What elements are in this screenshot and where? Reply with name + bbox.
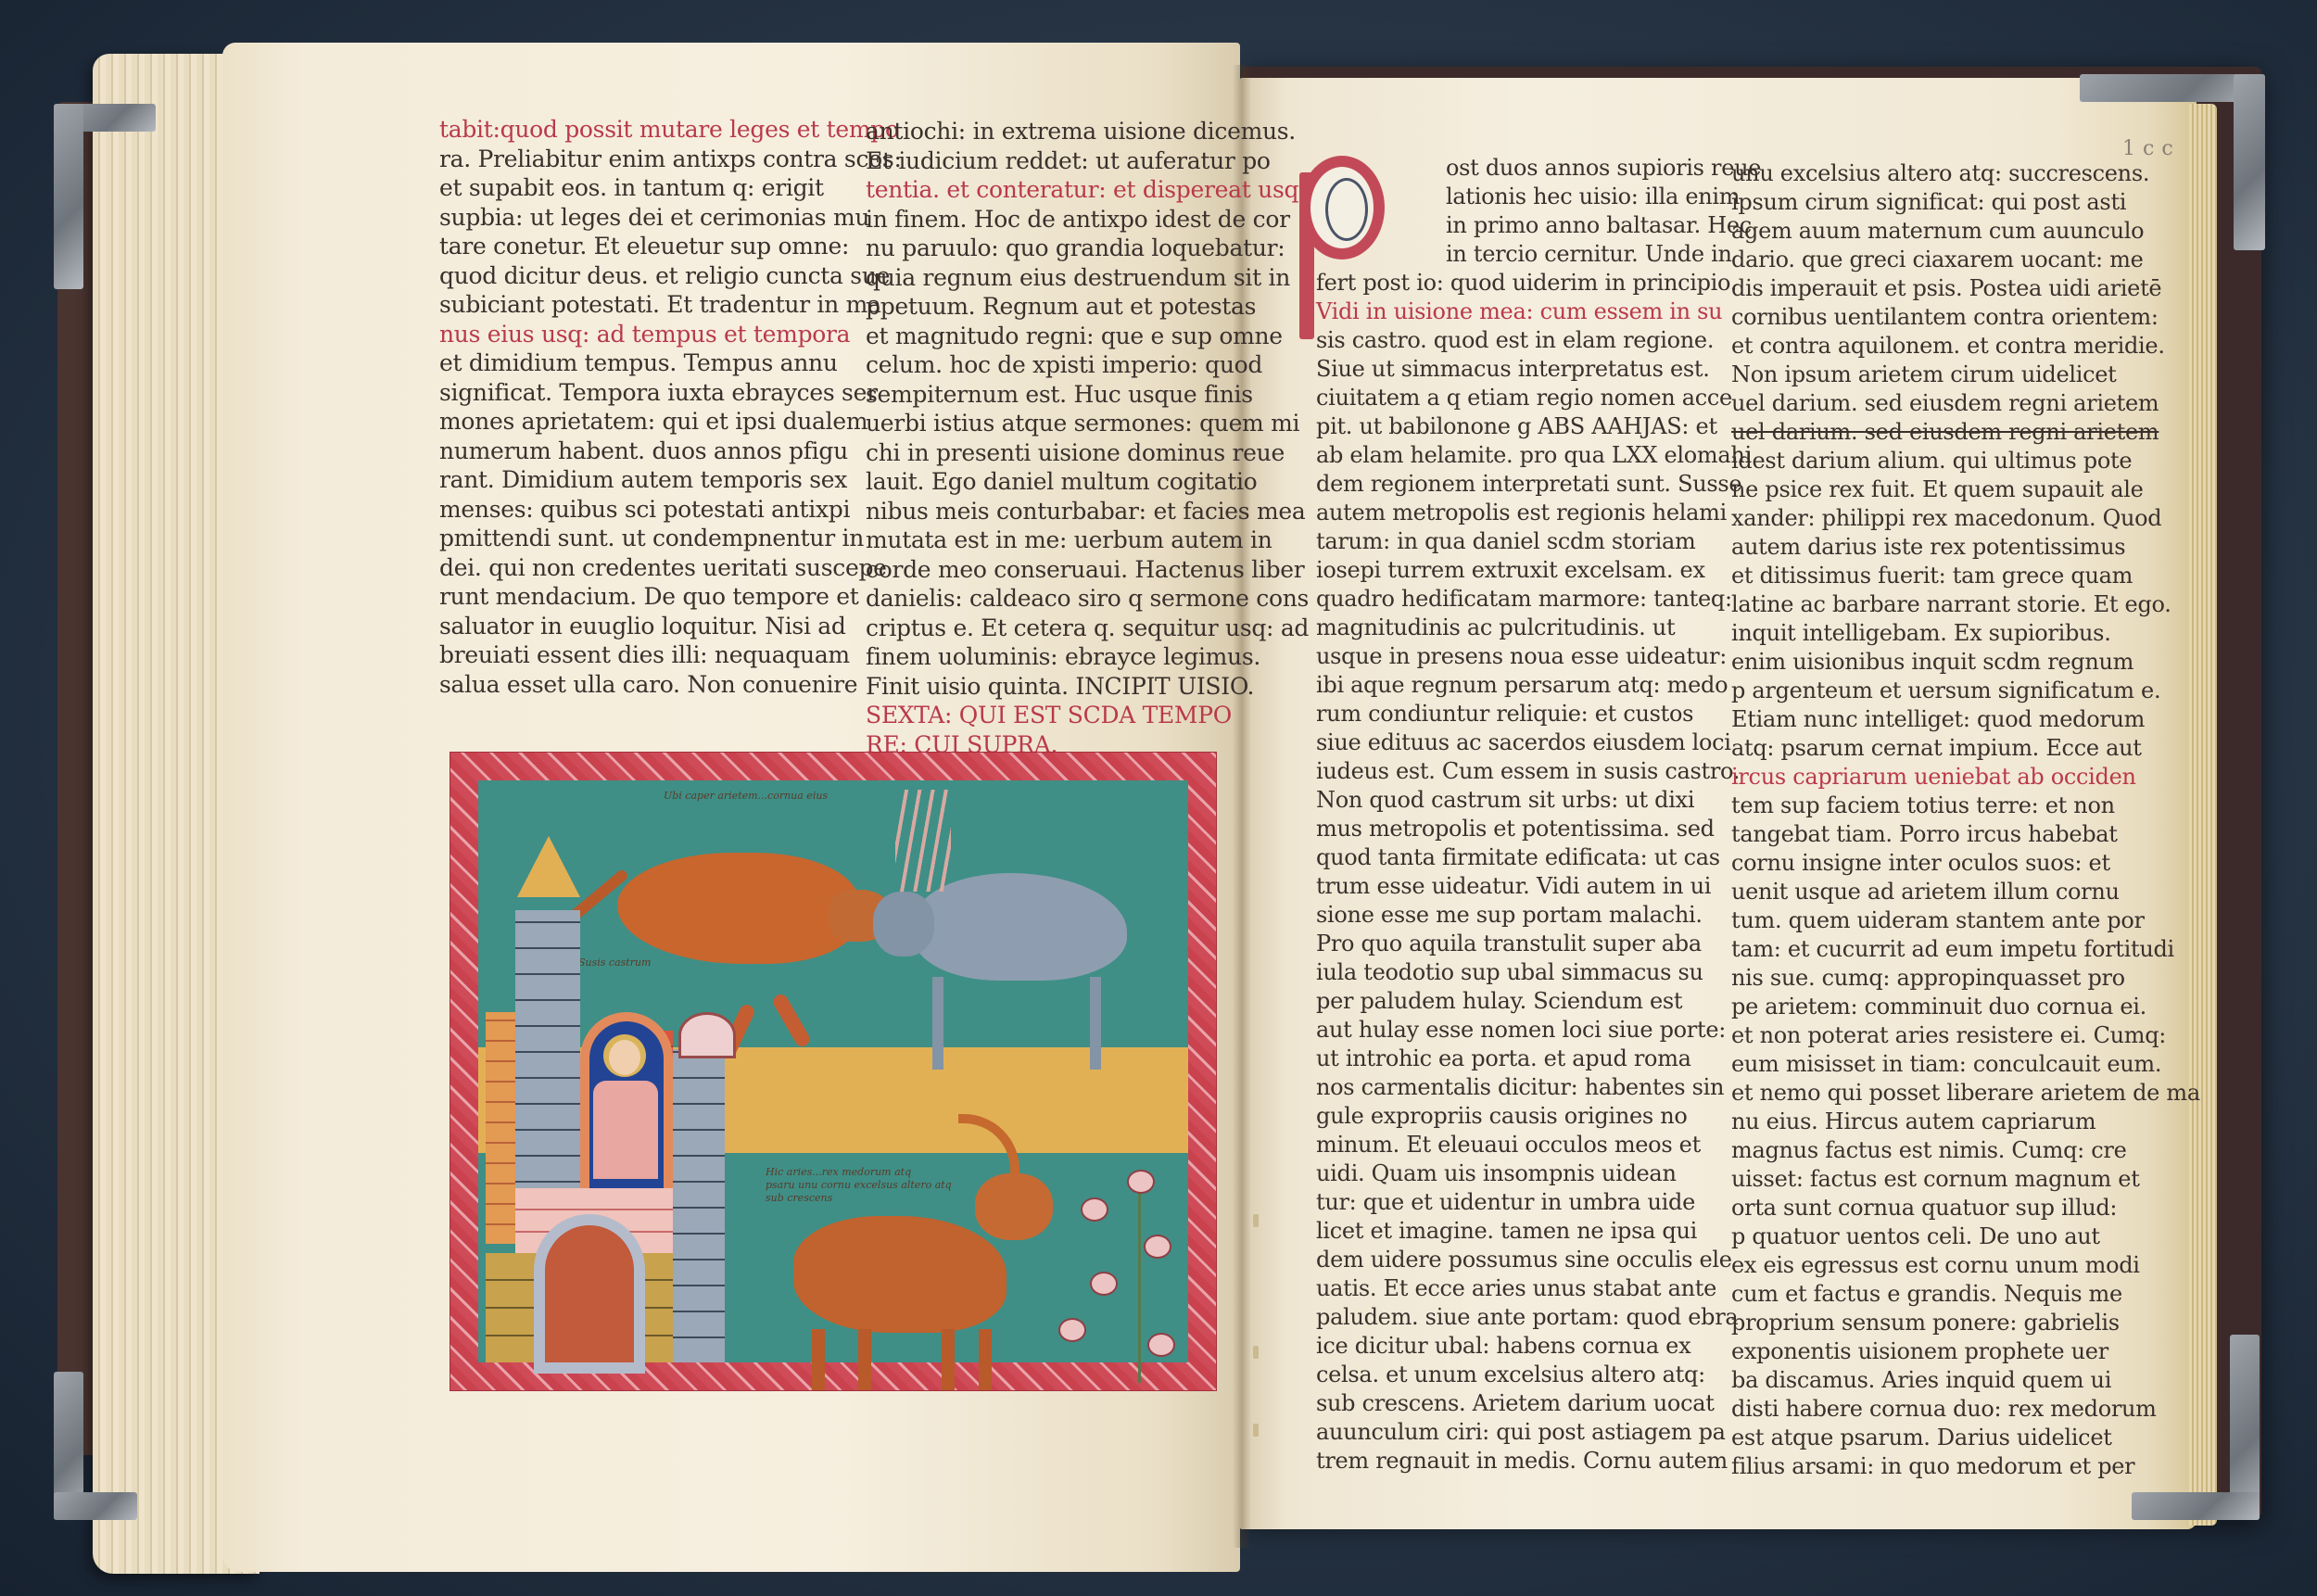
tower-spire	[517, 836, 580, 897]
illuminated-miniature: Ubi caper arietem...cornua eius Susis ca…	[450, 753, 1216, 1390]
manuscript-line: eum misisset in tiam: conculcauit eum.	[1731, 1050, 2200, 1079]
flower-icon	[1127, 1170, 1155, 1194]
manuscript-line: nus eius usq: ad tempus et tempora	[439, 320, 902, 349]
manuscript-line: sione esse me sup portam malachi.	[1316, 901, 1761, 930]
manuscript-line: mones aprietatem: qui et ipsi dualem	[439, 407, 902, 437]
manuscript-line: idest darium alium. qui ultimus pote	[1731, 447, 2200, 475]
manuscript-line: orta sunt cornua quatuor sup illud:	[1731, 1194, 2200, 1222]
manuscript-line: fert post io: quod uiderim in principio.	[1316, 269, 1761, 298]
manuscript-line: p argenteum et uersum significatum e.	[1731, 677, 2200, 705]
flower-icon	[1090, 1272, 1118, 1296]
manuscript-line: et magnitudo regni: que e sup omne	[866, 322, 1326, 351]
manuscript-line: et contra aquilonem. et contra meridie.	[1731, 332, 2200, 361]
manuscript-line: rant. Dimidium autem temporis sex	[439, 465, 902, 495]
manuscript-line: nis sue. cumq: appropinquasset pro	[1731, 964, 2200, 993]
manuscript-line: enim uisionibus inquit scdm regnum	[1731, 648, 2200, 677]
manuscript-line: tem sup faciem totius terre: et non	[1731, 792, 2200, 820]
ram-head	[873, 892, 934, 956]
ram-horns	[895, 790, 951, 892]
manuscript-line: Non quod castrum sit urbs: ut dixi	[1316, 786, 1761, 815]
manuscript-line: tum. quem uideram stantem ante por	[1731, 906, 2200, 935]
manuscript-line: subiciant potestati. Et tradentur in ma	[439, 290, 902, 320]
manuscript-line: et dimidium tempus. Tempus annu	[439, 348, 902, 378]
manuscript-line: runt mendacium. De quo tempore et	[439, 582, 902, 612]
manuscript-line: quod dicitur deus. et religio cuncta sue	[439, 261, 902, 291]
manuscript-line: tarum: in qua daniel scdm storiam	[1316, 527, 1761, 556]
manuscript-line: auunculum ciri: qui post astiagem pa	[1316, 1418, 1761, 1447]
manuscript-line: xander: philippi rex macedonum. Quod	[1731, 504, 2200, 533]
ram-leg	[858, 1329, 871, 1390]
manuscript-line: in tercio cernitur. Unde in	[1316, 240, 1761, 269]
manuscript-line: tur: que et uidentur in umbra uide	[1316, 1188, 1761, 1217]
manuscript-line: Pro quo aquila transtulit super aba	[1316, 930, 1761, 958]
manuscript-line: et supabit eos. in tantum q: erigit	[439, 173, 902, 203]
manuscript-line: Siue ut simmacus interpretatus est.	[1316, 355, 1761, 384]
corner-guard-top-left	[54, 104, 122, 206]
manuscript-line: siue edituus ac sacerdos eiusdem loci	[1316, 728, 1761, 757]
manuscript-line: significat. Tempora iuxta ebrayces ser	[439, 378, 902, 408]
manuscript-line: lauit. Ego daniel multum cogitatio	[866, 467, 1326, 497]
manuscript-line: dis imperauit et psis. Postea uidi ariet…	[1731, 274, 2200, 303]
manuscript-line: ra. Preliabitur enim antixps contra scos…	[439, 145, 902, 174]
manuscript-line: quadro hedificatam marmore: tanteq:	[1316, 585, 1761, 614]
binding-stitch	[1253, 1424, 1259, 1437]
manuscript-line: mus metropolis et potentissima. sed	[1316, 815, 1761, 843]
miniature-caption-bottom: Hic aries...rex medorum atq psaru unu co…	[766, 1166, 952, 1205]
manuscript-line: antiochi: in extrema uisione dicemus.	[866, 117, 1326, 146]
red-ram-figure	[793, 1216, 1007, 1333]
manuscript-line: uidi. Quam uis insompnis uidean	[1316, 1159, 1761, 1188]
caption-line: psaru unu cornu excelsus altero atq	[766, 1179, 952, 1192]
manuscript-line: ba discamus. Aries inquid quem ui	[1731, 1366, 2200, 1395]
daniel-face	[609, 1040, 640, 1075]
grey-ram-figure	[914, 873, 1127, 981]
tower-dome	[678, 1012, 736, 1058]
city-gate	[545, 1225, 634, 1362]
manuscript-line: Finit uisio quinta. INCIPIT UISIO.	[866, 672, 1326, 702]
text-column-2: antiochi: in extrema uisione dicemus.Et …	[866, 117, 1326, 759]
ram-leg	[942, 1329, 955, 1390]
manuscript-line: et ditissimus fuerit: tam grece quam	[1731, 562, 2200, 590]
manuscript-line: tentia. et conteratur: et dispereat usqu…	[866, 175, 1326, 205]
right-tower	[673, 1049, 725, 1362]
ram-leg	[1090, 977, 1101, 1070]
manuscript-line: disti habere cornua duo: rex medorum	[1731, 1395, 2200, 1424]
manuscript-line: aut hulay esse nomen loci siue porte:	[1316, 1016, 1761, 1045]
manuscript-line: pit. ut babilonone g ABS AAHJAS: et	[1316, 412, 1761, 441]
flower-icon	[1144, 1235, 1171, 1259]
manuscript-line: ne psice rex fuit. Et quem supauit ale	[1731, 475, 2200, 504]
manuscript-line: saluator in euuglio loquitur. Nisi ad	[439, 612, 902, 641]
manuscript-line: uatis. Et ecce aries unus stabat ante	[1316, 1274, 1761, 1303]
manuscript-line: Etiam nunc intelliget: quod medorum	[1731, 705, 2200, 734]
manuscript-line: nos carmentalis dicitur: habentes sin	[1316, 1073, 1761, 1102]
manuscript-line: iudeus est. Cum essem in susis castro.	[1316, 757, 1761, 786]
manuscript-line: rum condiuntur reliquie: et custos	[1316, 700, 1761, 728]
manuscript-line: menses: quibus sci potestati antixpi	[439, 495, 902, 525]
manuscript-line: SEXTA: QUI EST SCDA TEMPO	[866, 701, 1326, 730]
manuscript-line: uerbi istius atque sermones: quem mi	[866, 409, 1326, 438]
manuscript-line: Vidi in uisione mea: cum essem in su	[1316, 298, 1761, 326]
manuscript-line: sis castro. quod est in elam regione.	[1316, 326, 1761, 355]
manuscript-line: criptus e. Et cetera q. sequitur usq: ad	[866, 614, 1326, 643]
folio-number: 1cc	[2122, 137, 2181, 160]
manuscript-line: nu paruulo: quo grandia loquebatur:	[866, 234, 1326, 263]
ram-leg	[812, 1329, 825, 1390]
window-with-daniel	[580, 1012, 673, 1188]
manuscript-line: Non ipsum arietem cirum uidelicet	[1731, 361, 2200, 389]
manuscript-line: tabit:quod possit mutare leges et tempo	[439, 115, 902, 145]
manuscript-line: exponentis uisionem prophete uer	[1731, 1337, 2200, 1366]
text-column-1: tabit:quod possit mutare leges et tempor…	[439, 115, 902, 699]
manuscript-line: ab elam helamite. pro qua LXX elomahi	[1316, 441, 1761, 470]
manuscript-line: tam: et cucurrit ad eum impetu fortitudi	[1731, 935, 2200, 964]
manuscript-line: pmittendi sunt. ut condempnentur in	[439, 524, 902, 553]
manuscript-line: et nemo qui posset liberare arietem de m…	[1731, 1079, 2200, 1108]
manuscript-line: ciuitatem a q etiam regio nomen acce	[1316, 384, 1761, 412]
manuscript-line: ibi aque regnum persarum atq: medo	[1316, 671, 1761, 700]
manuscript-line: gule expropriis causis origines no	[1316, 1102, 1761, 1131]
flower-icon	[1147, 1333, 1175, 1357]
manuscript-line: corde meo conseruaui. Hactenus liber	[866, 555, 1326, 585]
manuscript-line: uenit usque ad arietem illum cornu	[1731, 878, 2200, 906]
manuscript-line: magnus factus est nimis. Cumq: cre	[1731, 1136, 2200, 1165]
caption-line: sub crescens	[766, 1192, 952, 1205]
manuscript-line: uel darium. sed eiusdem regni arietem	[1731, 389, 2200, 418]
manuscript-line: danielis: caldeaco siro q sermone cons	[866, 584, 1326, 614]
manuscript-line: unu excelsius altero atq: succrescens.	[1731, 159, 2200, 188]
manuscript-line: ppetuum. Regnum aut et potestas	[866, 292, 1326, 322]
manuscript-scene: 1cc tabit:quod possit mutare leges et te…	[0, 0, 2317, 1596]
manuscript-line: pe arietem: comminuit duo cornua ei.	[1731, 993, 2200, 1021]
manuscript-line: ost duos annos supioris reue	[1316, 154, 1761, 183]
manuscript-line: dario. que greci ciaxarem uocant: me	[1731, 246, 2200, 274]
binding-stitch	[1253, 1214, 1259, 1227]
manuscript-line: in primo anno baltasar. Hec	[1316, 211, 1761, 240]
manuscript-line: est atque psarum. Darius uidelicet	[1731, 1424, 2200, 1452]
corner-guard-bottom-left	[54, 1372, 122, 1474]
ram-head	[975, 1173, 1053, 1240]
manuscript-line: magnitudinis ac pulcritudinis. ut	[1316, 614, 1761, 642]
manuscript-line: minum. Et eleuaui occulos meos et	[1316, 1131, 1761, 1159]
manuscript-line: p quatuor uentos celi. De uno aut	[1731, 1222, 2200, 1251]
manuscript-line: trem regnauit in medis. Cornu autem	[1316, 1447, 1761, 1476]
manuscript-line: quia regnum eius destruendum sit in	[866, 263, 1326, 293]
broken-horn	[771, 992, 813, 1049]
manuscript-line: proprium sensum ponere: gabrielis	[1731, 1309, 2200, 1337]
manuscript-line: Et iudicium reddet: ut auferatur po	[866, 146, 1326, 176]
manuscript-line: uisset: factus est cornum magnum et	[1731, 1165, 2200, 1194]
manuscript-line: autem darius iste rex potentissimus	[1731, 533, 2200, 562]
manuscript-line: finem uoluminis: ebrayce legimus.	[866, 642, 1326, 672]
flower-icon	[1058, 1318, 1086, 1342]
miniature-caption-top: Ubi caper arietem...cornua eius	[664, 790, 828, 803]
manuscript-line: agem auum maternum cum auunculo	[1731, 217, 2200, 246]
city-of-susa	[478, 873, 719, 1362]
plant-stalk	[1138, 1170, 1141, 1383]
binding-stitch	[1253, 1346, 1259, 1359]
flower-icon	[1081, 1197, 1108, 1222]
manuscript-line: supbia: ut leges dei et cerimonias mu	[439, 203, 902, 233]
manuscript-line: tare conetur. Et eleuetur sup omne:	[439, 232, 902, 261]
manuscript-line: quod tanta firmitate edificata: ut cas	[1316, 843, 1761, 872]
ram-leg	[979, 1329, 992, 1390]
manuscript-line: autem metropolis est regionis helami	[1316, 499, 1761, 527]
manuscript-line: cum et factus e grandis. Nequis me	[1731, 1280, 2200, 1309]
manuscript-line: latine ac barbare narrant storie. Et ego…	[1731, 590, 2200, 619]
manuscript-line: iula teodotio sup ubal simmacus su	[1316, 958, 1761, 987]
manuscript-line: ircus capriarum ueniebat ab occiden	[1731, 763, 2200, 792]
manuscript-line: dem uidere possumus sine occulis ele	[1316, 1246, 1761, 1274]
text-column-3: ost duos annos supioris reuelationis hec…	[1316, 154, 1761, 1476]
manuscript-line: licet et imagine. tamen ne ipsa qui	[1316, 1217, 1761, 1246]
manuscript-line: nibus meis conturbabar: et facies mea	[866, 497, 1326, 526]
manuscript-line: cornu insigne inter oculos suos: et	[1731, 849, 2200, 878]
manuscript-line: ipsum cirum significat: qui post asti	[1731, 188, 2200, 217]
manuscript-line: breuiati essent dies illi: nequaquam	[439, 640, 902, 670]
manuscript-line: lationis hec uisio: illa enim	[1316, 183, 1761, 211]
manuscript-line: in finem. Hoc de antixpo idest de cor	[866, 205, 1326, 234]
manuscript-line: ut introhic ea porta. et apud roma	[1316, 1045, 1761, 1073]
miniature-field: Ubi caper arietem...cornua eius Susis ca…	[478, 780, 1188, 1362]
manuscript-line: iosepi turrem extruxit excelsam. ex	[1316, 556, 1761, 585]
manuscript-line: celum. hoc de xpisti imperio: quod	[866, 350, 1326, 380]
manuscript-line: uel darium. sed eiusdem regni arietem	[1731, 418, 2200, 447]
manuscript-line: inquit intelligebam. Ex supioribus.	[1731, 619, 2200, 648]
manuscript-line: numerum habent. duos annos pfigu	[439, 437, 902, 466]
manuscript-line: et non poterat aries resistere ei. Cumq:	[1731, 1021, 2200, 1050]
ram-leg	[932, 977, 943, 1070]
caption-line: Hic aries...rex medorum atq	[766, 1166, 952, 1179]
manuscript-line: chi in presenti uisione dominus reue	[866, 438, 1326, 468]
manuscript-line: usque in presens noua esse uideatur:	[1316, 642, 1761, 671]
manuscript-line: per paludem hulay. Sciendum est	[1316, 987, 1761, 1016]
manuscript-line: mutata est in me: uerbum autem in	[866, 526, 1326, 555]
text-column-4: unu excelsius altero atq: succrescens.ip…	[1731, 159, 2200, 1481]
manuscript-line: trum esse uideatur. Vidi autem in ui	[1316, 872, 1761, 901]
manuscript-line: salua esset ulla caro. Non conuenire	[439, 670, 902, 700]
manuscript-line: filius arsami: in quo medorum et per	[1731, 1452, 2200, 1481]
manuscript-line: tangebat tiam. Porro ircus habebat	[1731, 820, 2200, 849]
manuscript-line: celsa. et unum excelsius altero atq:	[1316, 1361, 1761, 1389]
manuscript-line: sub crescens. Arietem darium uocat	[1316, 1389, 1761, 1418]
daniel-robe	[593, 1081, 658, 1179]
manuscript-line: dem regionem interpretati sunt. Susse	[1316, 470, 1761, 499]
manuscript-line: ex eis egressus est cornu unum modi	[1731, 1251, 2200, 1280]
manuscript-line: ice dicitur ubal: habens cornua ex	[1316, 1332, 1761, 1361]
manuscript-line: sempiternum est. Huc usque finis	[866, 380, 1326, 410]
manuscript-line: paludem. siue ante portam: quod ebra	[1316, 1303, 1761, 1332]
manuscript-line: cornibus uentilantem contra orientem:	[1731, 303, 2200, 332]
manuscript-line: dei. qui non credentes ueritati suscepe	[439, 553, 902, 583]
manuscript-line: atq: psarum cernat impium. Ecce aut	[1731, 734, 2200, 763]
manuscript-line: nu eius. Hircus autem capriarum	[1731, 1108, 2200, 1136]
